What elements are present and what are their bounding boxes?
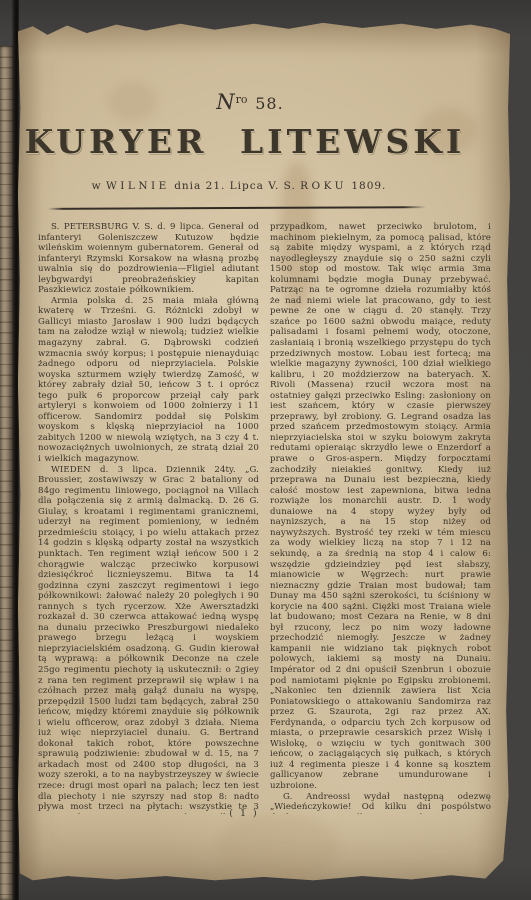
paragraph-wieden: WIEDEN d. 3 lipca. Dziennik 24ty. „G. Br… bbox=[38, 465, 259, 814]
binding-shadow bbox=[12, 0, 19, 900]
paragraph-armia-polska: Armia polska d. 25 maia miała główną kwa… bbox=[38, 296, 259, 465]
dateline-roku: ROKU bbox=[300, 180, 347, 192]
scanned-newspaper-screenshot: Nro 58. KURYER LITEWSKI w WILNIE dnia 21… bbox=[0, 0, 531, 900]
masthead-rule bbox=[48, 206, 426, 210]
page-number-footer: ( 1 ) bbox=[214, 808, 274, 819]
issue-number-value: 58. bbox=[255, 94, 283, 113]
issue-number: Nro 58. bbox=[18, 90, 482, 114]
dateline-city: WILNIE bbox=[106, 180, 170, 192]
text-column-right: przypadkom, nawet przeciwko brulotom, i … bbox=[270, 222, 491, 814]
text-column-left: S. PETERSBURG V. S. d. 9 lipca. Generał … bbox=[38, 222, 259, 814]
article-columns: S. PETERSBURG V. S. d. 9 lipca. Generał … bbox=[38, 222, 492, 814]
paper-stain bbox=[218, 812, 338, 882]
paragraph-wieden-continued: przypadkom, nawet przeciwko brulotom, i … bbox=[270, 222, 491, 792]
paragraph-petersburg: S. PETERSBURG V. S. d. 9 lipca. Generał … bbox=[38, 222, 259, 296]
issue-ordinal-suffix: ro bbox=[236, 93, 248, 106]
dateline-year: 1809. bbox=[351, 180, 386, 192]
newspaper-title: KURYER LITEWSKI bbox=[18, 122, 472, 161]
dateline: w WILNIE dnia 21. Lipca V. S. ROKU 1809. bbox=[18, 180, 460, 192]
newspaper-page: Nro 58. KURYER LITEWSKI w WILNIE dnia 21… bbox=[18, 22, 510, 882]
issue-prefix: N bbox=[216, 90, 235, 114]
dateline-pre: w bbox=[92, 180, 102, 192]
dateline-date: dnia 21. Lipca V. S. bbox=[174, 180, 296, 192]
paragraph-andreossi: G. Andreossi wydał następną odezwę „Wied… bbox=[270, 792, 491, 814]
